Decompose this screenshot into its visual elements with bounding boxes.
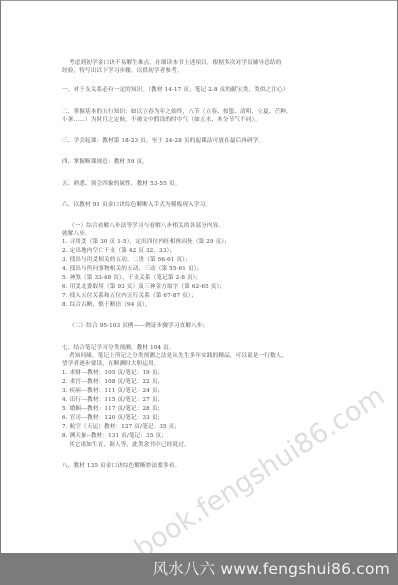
text-line: 7. 找入五位关系和五位内五行关系（第 67-87 页）； — [62, 292, 197, 300]
text-line: 4. 找出与所问事物相关的五动、三动（第 55-61 页）； — [62, 265, 202, 273]
text-line: 2. 定出地内空亡干支（第 42 页 32、33）； — [62, 247, 175, 255]
text-line: 5. 婚姻---教材：117 页/笔记：28 页； — [62, 405, 163, 413]
text-line: 一、对于支关系必有一定的知识。（教材 14-17 页；笔记 2-8 页的献宝类，… — [62, 86, 289, 94]
text-line: 1. 寻用爻（第 30 页 1-5），定出四位内旺相休囚死（第 29 页）； — [62, 238, 230, 246]
text-line: 考虑到初学金口诀不易解生难点，在细读本书上述项目，根据多次对学员辅导总结的 — [69, 59, 282, 67]
text-line: 八、教材 135 页金口诀综色解断妙法要多看。 — [62, 462, 180, 470]
text-line: 七、结合笔记学习分类预测，教材 104 页。 — [62, 344, 175, 352]
document-page: 考虑到初学金口诀不易解生难点，在细读本书上述项目，根据多次对学员辅导总结的经验，… — [0, 0, 398, 554]
text-line: 3. 找出与用爻相关的五动、二贵（第 56-61 页）； — [62, 256, 191, 264]
footer-banner: 风水八六 www.fengshui86.com — [0, 553, 398, 585]
text-line: 5. 神煞（第 33-48 页）、干支关系（笔记第 2-8 页）； — [62, 274, 201, 282]
text-line: 6. 官司---教材：120 页/笔记：33 页； — [62, 414, 163, 422]
text-line: 1. 求财---教材：105 页/笔记：19 页； — [62, 369, 163, 377]
text-line: 望学者逐步要读，在断测时大胆运用。 — [62, 360, 160, 368]
text-line: 者知问缘，笔记上所记之分类预测之法是从先生多年实践的精品，可以说是一行数人， — [69, 352, 287, 360]
text-line: 8. 测天象--教材：131 页/笔记：35 页； — [62, 432, 167, 440]
watermark: book.fengshui86.com — [129, 380, 390, 565]
text-line: （二）结合 95-103 页例——例证步骤学习直解八步； — [69, 322, 208, 330]
text-line: 4. 出行---教材：115 页/笔记：27 页； — [62, 396, 163, 404]
text-line: 3. 疾病---教材：111 页/笔记：24 页； — [62, 387, 163, 395]
text-line: 二、掌握基本的五行知识：如以立春为年之始终，八节（立春、惊蛰、清明、立夏、芒种、 — [62, 108, 292, 116]
text-line: 其它诸如生育、谒人等，此类余书中已经说过。 — [69, 441, 190, 449]
text-line: 小暑……）为时月之定候，不被文中假设的时中气（如五水、木分节气不同）。 — [62, 116, 260, 124]
text-line: （一）综合看解八步法等学习与看解八步相关的各部分内容。 — [69, 222, 224, 230]
text-line: 五、熟悉、领会四象的属性，教材 53-55 页。 — [62, 180, 180, 188]
text-line: 7. 航空（天运）教材：127 页/笔记：35 页； — [62, 423, 180, 431]
text-line: 6. 用爻北委取用（第 93 页）及三神金方取字（第 62-65 页）； — [62, 283, 225, 291]
text-line: 四、掌握断课规总：教材 59 页。 — [62, 158, 148, 166]
text-line: 三、学会起课：教材第 18-23 页。至于 24-28 页的起课法可放在最后再研… — [62, 137, 264, 145]
text-line: 2. 求官---教材：108 页/笔记：22 页； — [62, 378, 163, 386]
text-line: 就解八步。 — [62, 230, 91, 238]
text-line: 经验，特写出以下学习步骤，以供初学者参考。 — [62, 67, 183, 75]
text-line: 8. 综合古断，慎于断语（94 页）。 — [62, 301, 151, 309]
footer-site-label[interactable]: 风水八六 www.fengshui86.com — [152, 557, 390, 579]
text-line: 六、以教材 91 页金口诀综色解断入手式为模板现入学习。 — [62, 201, 211, 209]
